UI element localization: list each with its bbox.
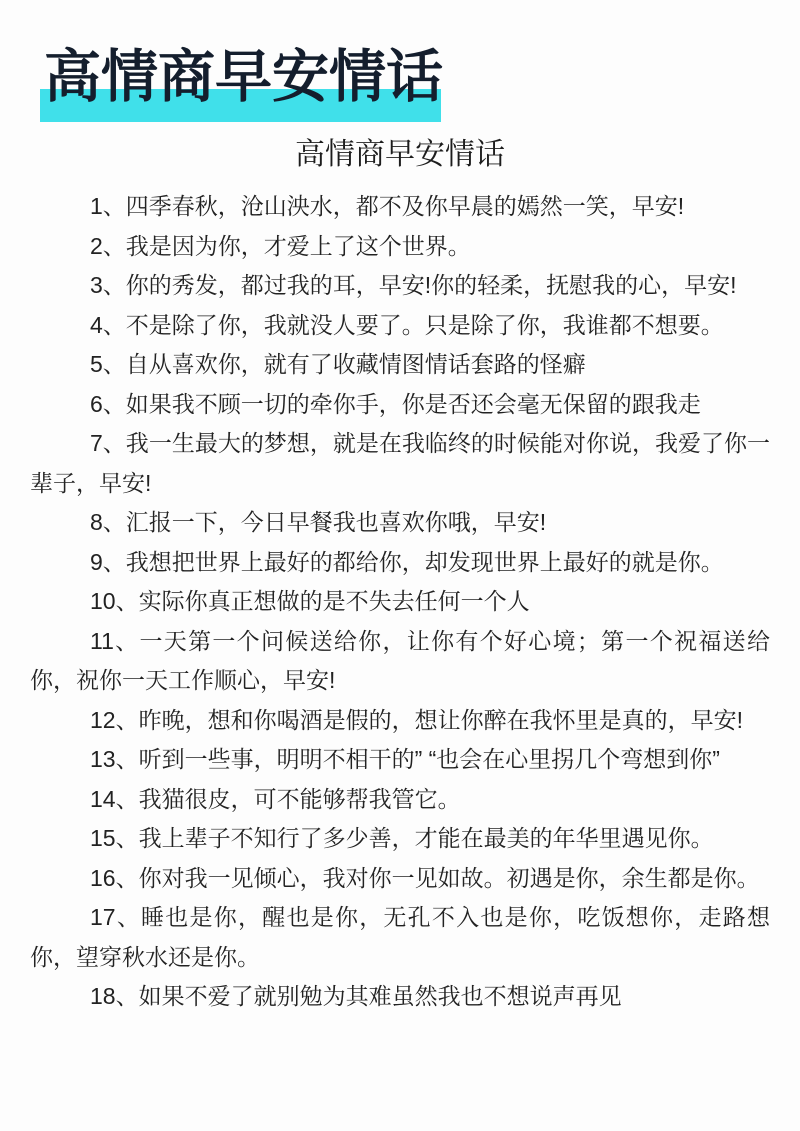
quote-item: 11、一天第一个问候送给你，让你有个好心境；第一个祝福送给你，祝你一天工作顺心，… — [30, 622, 770, 701]
quote-item: 6、如果我不顾一切的牵你手，你是否还会毫无保留的跟我走 — [30, 385, 770, 425]
quote-item: 17、睡也是你，醒也是你，无孔不入也是你，吃饭想你，走路想你，望穿秋水还是你。 — [30, 898, 770, 977]
page: 高情商早安情话 高情商早安情话 1、四季春秋，沧山泱水，都不及你早晨的嫣然一笑，… — [0, 0, 800, 1131]
document-subtitle: 高情商早安情话 — [0, 138, 800, 172]
quote-item: 7、我一生最大的梦想，就是在我临终的时候能对你说，我爱了你一辈子，早安! — [30, 424, 770, 503]
quote-item: 12、昨晚，想和你喝酒是假的，想让你醉在我怀里是真的，早安! — [30, 701, 770, 741]
quote-item: 16、你对我一见倾心，我对你一见如故。初遇是你，余生都是你。 — [30, 859, 770, 899]
quote-item: 5、自从喜欢你，就有了收藏情图情话套路的怪癖 — [30, 345, 770, 385]
quote-item: 4、不是除了你，我就没人要了。只是除了你，我谁都不想要。 — [30, 306, 770, 346]
quote-item: 1、四季春秋，沧山泱水，都不及你早晨的嫣然一笑，早安! — [30, 187, 770, 227]
header: 高情商早安情话 — [40, 44, 443, 110]
quote-item: 14、我猫很皮，可不能够帮我管它。 — [30, 780, 770, 820]
quote-item: 3、你的秀发，都过我的耳，早安!你的轻柔，抚慰我的心，早安! — [30, 266, 770, 306]
quote-item: 9、我想把世界上最好的都给你，却发现世界上最好的就是你。 — [30, 543, 770, 583]
quote-item: 10、实际你真正想做的是不失去任何一个人 — [30, 582, 770, 622]
quotes-list: 1、四季春秋，沧山泱水，都不及你早晨的嫣然一笑，早安!2、我是因为你，才爱上了这… — [30, 187, 770, 1017]
quote-item: 8、汇报一下，今日早餐我也喜欢你哦，早安! — [30, 503, 770, 543]
quote-item: 18、如果不爱了就别勉为其难虽然我也不想说声再见 — [30, 977, 770, 1017]
quote-item: 13、听到一些事，明明不相干的” “也会在心里拐几个弯想到你” — [30, 740, 770, 780]
quote-item: 2、我是因为你，才爱上了这个世界。 — [30, 227, 770, 267]
quote-item: 15、我上辈子不知行了多少善，才能在最美的年华里遇见你。 — [30, 819, 770, 859]
page-title: 高情商早安情话 — [44, 44, 443, 110]
